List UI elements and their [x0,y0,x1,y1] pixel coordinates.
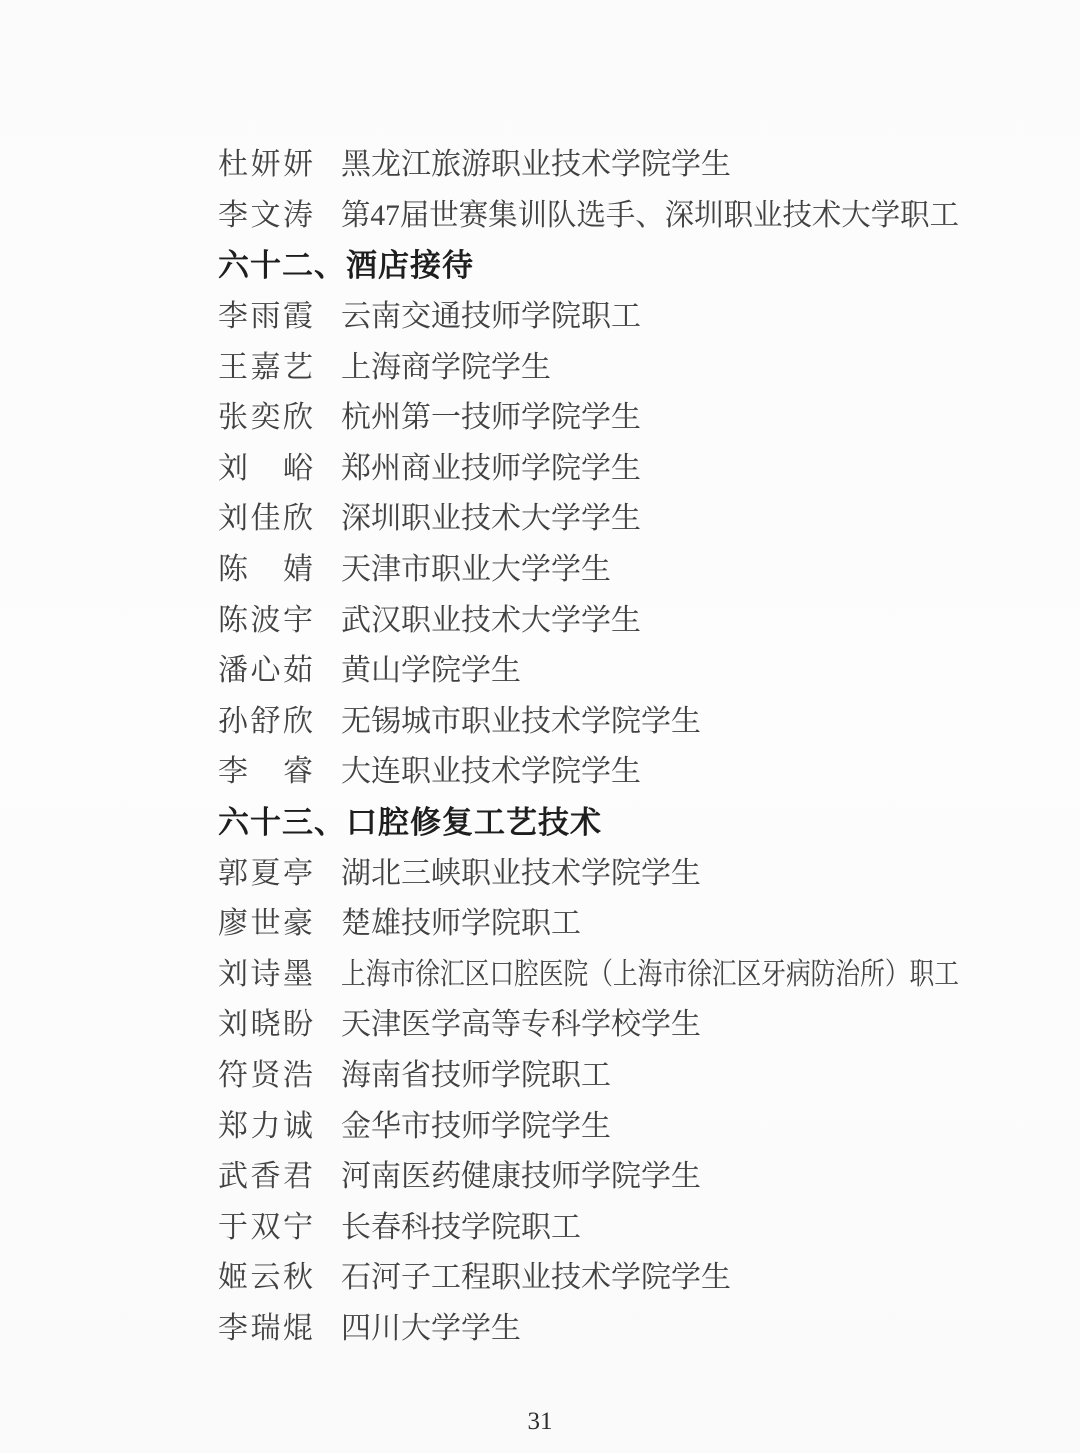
affiliation: 金华市技师学院学生 [341,1101,611,1145]
list-item: 刘佳欣 深圳职业技术大学学生 [218,490,1080,541]
affiliation: 海南省技师学院职工 [341,1050,611,1094]
affiliation: 楚雄技师学院职工 [341,898,581,942]
person-name: 郑力诚 [218,1101,313,1145]
list-item: 杜妍妍 黑龙江旅游职业技术学院学生 [218,136,1080,187]
list-item: 李雨霞 云南交通技师学院职工 [218,288,1080,339]
person-name: 符贤浩 [218,1050,313,1094]
person-name: 李 睿 [218,746,313,790]
page-number: 31 [0,1408,1080,1436]
list-item: 刘诗墨 上海市徐汇区口腔医院（上海市徐汇区牙病防治所）职工 [218,946,1080,997]
list-item: 郭夏亭 湖北三峡职业技术学院学生 [218,844,1080,895]
affiliation: 杭州第一技师学院学生 [341,392,641,436]
person-name: 张奕欣 [218,392,313,436]
list-item: 李瑞焜 四川大学学生 [218,1300,1080,1351]
list-item: 张奕欣 杭州第一技师学院学生 [218,389,1080,440]
affiliation: 河南医药健康技师学院学生 [341,1151,701,1195]
list-item: 陈波宇 武汉职业技术大学学生 [218,591,1080,642]
list-item: 武香君 河南医药健康技师学院学生 [218,1148,1080,1199]
person-name: 杜妍妍 [218,139,313,183]
list-item: 于双宁 长春科技学院职工 [218,1198,1080,1249]
list-item: 李文涛 第47届世赛集训队选手、深圳职业技术大学职工 [218,187,1080,238]
section-heading: 六十三、口腔修复工艺技术 [218,794,1080,845]
person-name: 廖世豪 [218,898,313,942]
list-item: 姬云秋 石河子工程职业技术学院学生 [218,1249,1080,1300]
award-winner-list: 杜妍妍 黑龙江旅游职业技术学院学生 李文涛 第47届世赛集训队选手、深圳职业技术… [218,136,1080,1350]
list-item: 陈 婧 天津市职业大学学生 [218,541,1080,592]
list-item: 廖世豪 楚雄技师学院职工 [218,895,1080,946]
person-name: 潘心茹 [218,645,313,689]
affiliation: 上海商学院学生 [341,342,551,386]
affiliation: 天津市职业大学学生 [341,544,611,588]
affiliation: 石河子工程职业技术学院学生 [341,1252,731,1296]
affiliation: 黄山学院学生 [341,645,521,689]
list-item: 孙舒欣 无锡城市职业技术学院学生 [218,693,1080,744]
person-name: 刘 峪 [218,443,313,487]
person-name: 刘诗墨 [218,949,313,993]
person-name: 王嘉艺 [218,342,313,386]
affiliation: 长春科技学院职工 [341,1202,581,1246]
affiliation: 黑龙江旅游职业技术学院学生 [341,139,731,183]
person-name: 李瑞焜 [218,1303,313,1347]
person-name: 陈波宇 [218,595,313,639]
person-name: 陈 婧 [218,544,313,588]
affiliation: 郑州商业技师学院学生 [341,443,641,487]
person-name: 刘晓盼 [218,999,313,1043]
section-heading: 六十二、酒店接待 [218,237,1080,288]
affiliation: 天津医学高等专科学校学生 [341,999,701,1043]
person-name: 刘佳欣 [218,493,313,537]
person-name: 武香君 [218,1151,313,1195]
affiliation: 大连职业技术学院学生 [341,746,641,790]
affiliation: 武汉职业技术大学学生 [341,595,641,639]
list-item: 刘晓盼 天津医学高等专科学校学生 [218,996,1080,1047]
person-name: 孙舒欣 [218,696,313,740]
document-page: 杜妍妍 黑龙江旅游职业技术学院学生 李文涛 第47届世赛集训队选手、深圳职业技术… [0,0,1080,1453]
person-name: 李文涛 [218,190,313,234]
list-item: 李 睿 大连职业技术学院学生 [218,743,1080,794]
affiliation: 湖北三峡职业技术学院学生 [341,848,701,892]
list-item: 潘心茹 黄山学院学生 [218,642,1080,693]
affiliation: 无锡城市职业技术学院学生 [341,696,701,740]
person-name: 姬云秋 [218,1252,313,1296]
affiliation: 深圳职业技术大学学生 [341,493,641,537]
affiliation: 第47届世赛集训队选手、深圳职业技术大学职工 [341,190,959,234]
affiliation: 四川大学学生 [341,1303,521,1347]
affiliation: 上海市徐汇区口腔医院（上海市徐汇区牙病防治所）职工 [341,949,959,993]
list-item: 刘 峪 郑州商业技师学院学生 [218,440,1080,491]
list-item: 符贤浩 海南省技师学院职工 [218,1047,1080,1098]
affiliation: 云南交通技师学院职工 [341,291,641,335]
list-item: 王嘉艺 上海商学院学生 [218,338,1080,389]
person-name: 于双宁 [218,1202,313,1246]
person-name: 李雨霞 [218,291,313,335]
list-item: 郑力诚 金华市技师学院学生 [218,1097,1080,1148]
person-name: 郭夏亭 [218,848,313,892]
